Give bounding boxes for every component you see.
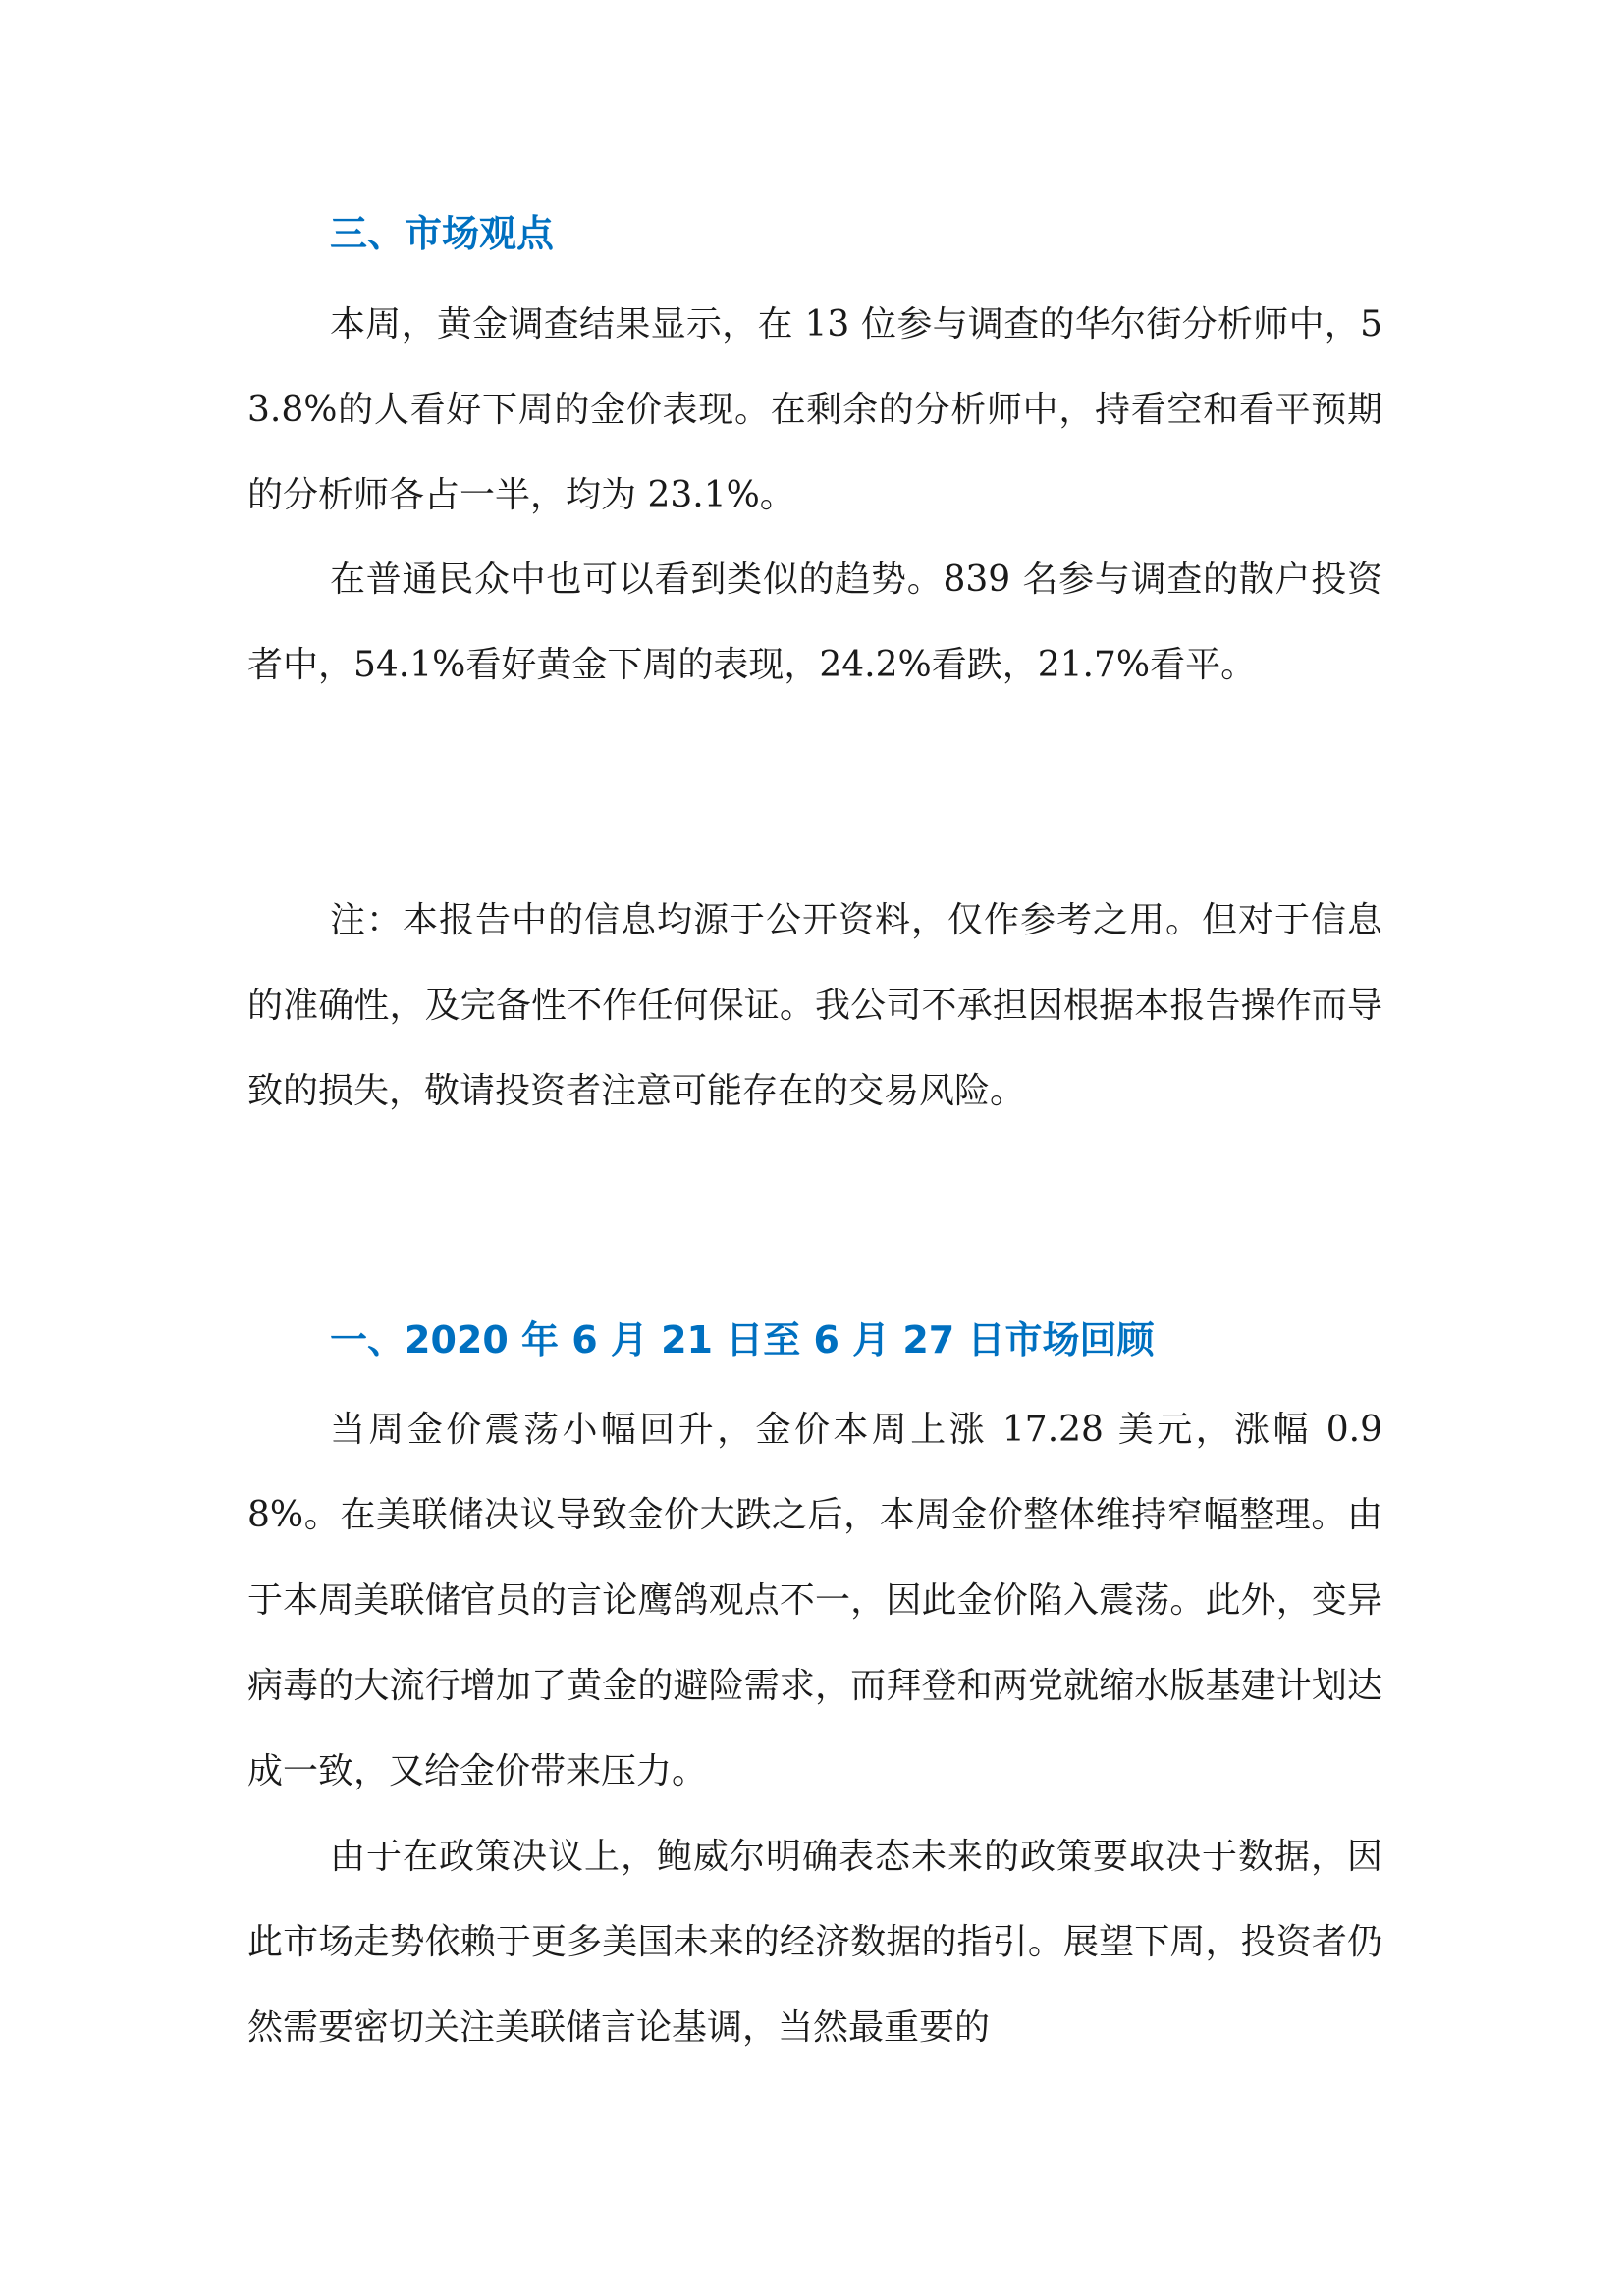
paragraph-retail-survey: 在普通民众中也可以看到类似的趋势。839 名参与调查的散户投资者中，54.1%看…	[247, 537, 1382, 708]
section-heading-market-view: 三、市场观点	[330, 209, 554, 258]
section-heading-market-review: 一、2020 年 6 月 21 日至 6 月 27 日市场回顾	[330, 1315, 1154, 1364]
paragraph-outlook: 由于在政策决议上，鲍威尔明确表态未来的政策要取决于数据，因此市场走势依赖于更多美…	[247, 1814, 1382, 2070]
paragraph-analyst-survey: 本周，黄金调查结果显示，在 13 位参与调查的华尔街分析师中，53.8%的人看好…	[247, 282, 1382, 538]
paragraph-disclaimer: 注：本报告中的信息均源于公开资料，仅作参考之用。但对于信息的准确性，及完备性不作…	[247, 878, 1382, 1134]
paragraph-weekly-review: 当周金价震荡小幅回升，金价本周上涨 17.28 美元，涨幅 0.98%。在美联储…	[247, 1387, 1382, 1814]
